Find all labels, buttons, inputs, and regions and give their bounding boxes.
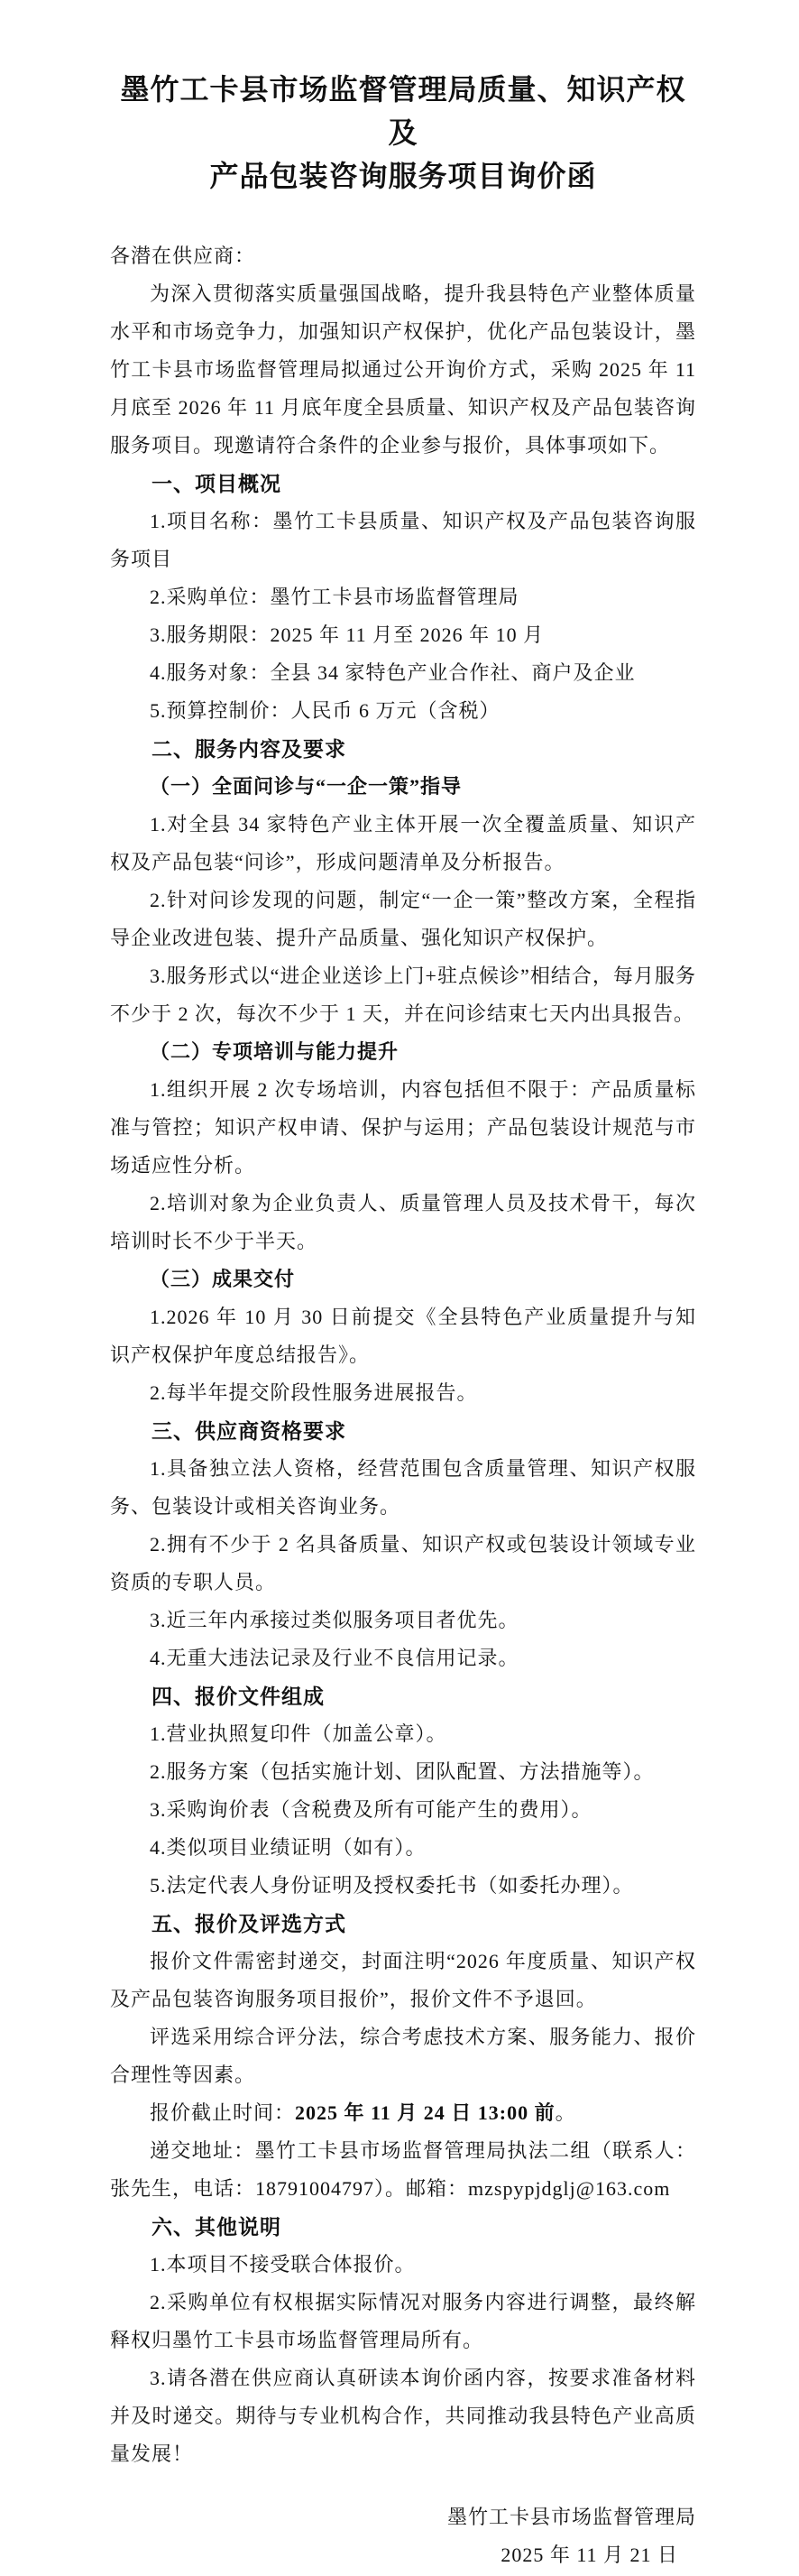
sub1-item-3: 3.服务形式以“进企业送诊上门+驻点候诊”相结合，每月服务不少于 2 次，每次不… — [110, 957, 696, 1033]
other-note-3: 3.请各潜在供应商认真研读本询价函内容，按要求准备材料并及时递交。期待与专业机构… — [110, 2359, 696, 2473]
sub2-item-1: 1.组织开展 2 次专场培训，内容包括但不限于：产品质量标准与管控；知识产权申请… — [110, 1071, 696, 1185]
signature-block: 墨竹工卡县市场监督管理局 2025 年 11 月 21 日 — [110, 2498, 696, 2574]
quote-doc-item-3: 3.采购询价表（含税费及所有可能产生的费用）。 — [110, 1791, 696, 1829]
section3-heading: 三、供应商资格要求 — [110, 1412, 696, 1450]
other-note-2: 2.采购单位有权根据实际情况对服务内容进行调整，最终解释权归墨竹工卡县市场监督管… — [110, 2284, 696, 2359]
purchasing-unit-item: 2.采购单位：墨竹工卡县市场监督管理局 — [110, 578, 696, 616]
evaluation-method-paragraph: 评选采用综合评分法，综合考虑技术方案、服务能力、报价合理性等因素。 — [110, 2018, 696, 2094]
document-title-line2: 产品包装咨询服务项目询价函 — [209, 160, 596, 192]
signature-date: 2025 年 11 月 21 日 — [110, 2536, 696, 2574]
section5-heading: 五、报价及评选方式 — [110, 1905, 696, 1943]
quote-doc-item-5: 5.法定代表人身份证明及授权委托书（如委托办理）。 — [110, 1867, 696, 1905]
section2-heading: 二、服务内容及要求 — [110, 730, 696, 768]
budget-item: 5.预算控制价：人民币 6 万元（含税） — [110, 692, 696, 730]
service-target-item: 4.服务对象：全县 34 家特色产业合作社、商户及企业 — [110, 654, 696, 692]
submission-address-paragraph: 递交地址：墨竹工卡县市场监督管理局执法二组（联系人：张先生，电话：1879100… — [110, 2132, 696, 2208]
deadline-suffix: 。 — [556, 2101, 576, 2124]
other-note-1: 1.本项目不接受联合体报价。 — [110, 2246, 696, 2284]
service-period-item: 3.服务期限：2025 年 11 月至 2026 年 10 月 — [110, 616, 696, 654]
sub3-item-2: 2.每半年提交阶段性服务进展报告。 — [110, 1374, 696, 1412]
sub1-item-1: 1.对全县 34 家特色产业主体开展一次全覆盖质量、知识产权及产品包装“问诊”，… — [110, 806, 696, 882]
qualification-item-3: 3.近三年内承接过类似服务项目者优先。 — [110, 1602, 696, 1639]
section6-heading: 六、其他说明 — [110, 2208, 696, 2246]
signature-org: 墨竹工卡县市场监督管理局 — [110, 2498, 696, 2536]
section2-sub2-heading: （二）专项培训与能力提升 — [110, 1033, 696, 1071]
qualification-item-4: 4.无重大违法记录及行业不良信用记录。 — [110, 1639, 696, 1677]
sub2-item-2: 2.培训对象为企业负责人、质量管理人员及技术骨干，每次培训时长不少于半天。 — [110, 1185, 696, 1260]
quote-doc-item-4: 4.类似项目业绩证明（如有）。 — [110, 1829, 696, 1867]
sealed-submission-paragraph: 报价文件需密封递交，封面注明“2026 年度质量、知识产权及产品包装咨询服务项目… — [110, 1943, 696, 2018]
deadline-value: 2025 年 11 月 24 日 13:00 前 — [295, 2101, 556, 2124]
project-name-item: 1.项目名称：墨竹工卡县质量、知识产权及产品包装咨询服务项目 — [110, 503, 696, 578]
section1-heading: 一、项目概况 — [110, 465, 696, 503]
quote-doc-item-1: 1.营业执照复印件（加盖公章）。 — [110, 1715, 696, 1753]
intro-paragraph: 为深入贯彻落实质量强国战略，提升我县特色产业整体质量水平和市场竞争力，加强知识产… — [110, 275, 696, 465]
qualification-item-1: 1.具备独立法人资格，经营范围包含质量管理、知识产权服务、包装设计或相关咨询业务… — [110, 1450, 696, 1526]
sub3-item-1: 1.2026 年 10 月 30 日前提交《全县特色产业质量提升与知识产权保护年… — [110, 1298, 696, 1374]
deadline-label: 报价截止时间： — [150, 2101, 295, 2124]
qualification-item-2: 2.拥有不少于 2 名具备质量、知识产权或包装设计领域专业资质的专职人员。 — [110, 1526, 696, 1602]
section2-sub3-heading: （三）成果交付 — [110, 1260, 696, 1298]
document-title-line1: 墨竹工卡县市场监督管理局质量、知识产权及 — [120, 73, 685, 149]
section2-sub1-heading: （一）全面问诊与“一企一策”指导 — [110, 768, 696, 806]
salutation: 各潜在供应商： — [110, 237, 696, 275]
sub1-item-2: 2.针对问诊发现的问题，制定“一企一策”整改方案，全程指导企业改进包装、提升产品… — [110, 882, 696, 957]
section4-heading: 四、报价文件组成 — [110, 1677, 696, 1715]
inquiry-letter-page: 墨竹工卡县市场监督管理局质量、知识产权及 产品包装咨询服务项目询价函 各潜在供应… — [0, 0, 799, 2576]
document-title: 墨竹工卡县市场监督管理局质量、知识产权及 产品包装咨询服务项目询价函 — [110, 68, 696, 198]
quote-deadline-paragraph: 报价截止时间：2025 年 11 月 24 日 13:00 前。 — [110, 2094, 696, 2132]
quote-doc-item-2: 2.服务方案（包括实施计划、团队配置、方法措施等）。 — [110, 1753, 696, 1791]
